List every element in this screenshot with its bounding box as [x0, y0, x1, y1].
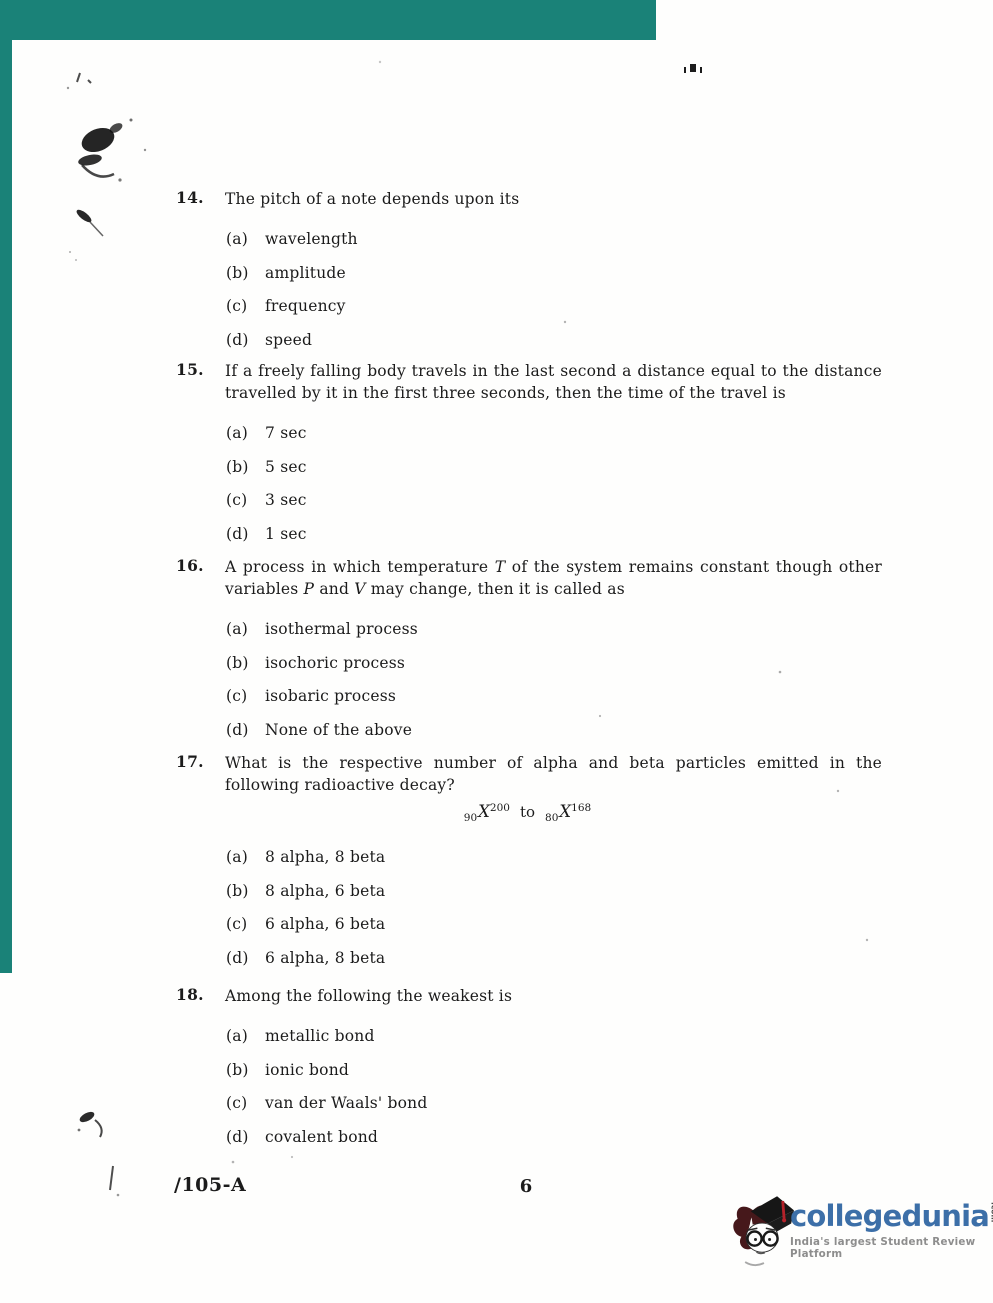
options-list: (a) 8 alpha, 8 beta (b) 8 alpha, 6 beta … [226, 848, 882, 982]
question-text: The pitch of a note depends upon its [225, 188, 882, 210]
option-label: (a) [226, 424, 265, 458]
option-text: 1 sec [265, 525, 882, 559]
option-a: (a) wavelength [226, 230, 882, 264]
question-block-15: 15. If a freely falling body travels in … [176, 360, 882, 558]
option-text: van der Waals' bond [265, 1094, 882, 1128]
option-label: (c) [226, 1094, 265, 1128]
option-text: amplitude [265, 264, 882, 298]
scan-border-left [0, 0, 12, 973]
option-c: (c) frequency [226, 297, 882, 331]
question-block-18: 18. Among the following the weakest is (… [176, 985, 882, 1161]
option-text: 6 alpha, 8 beta [265, 949, 882, 983]
option-a: (a) 7 sec [226, 424, 882, 458]
question-text: Among the following the weakest is [225, 985, 882, 1007]
option-label: (a) [226, 620, 265, 654]
option-label: (c) [226, 687, 265, 721]
question-block-16: 16. A process in which temperature T of … [176, 556, 882, 754]
option-label: (d) [226, 331, 265, 365]
option-text: frequency [265, 297, 882, 331]
scanned-exam-page: 14. The pitch of a note depends upon its… [0, 0, 993, 1303]
option-text: isochoric process [265, 654, 882, 688]
paper-code: /105-A [174, 1174, 246, 1196]
collegedunia-mascot-icon [732, 1190, 794, 1274]
option-text: speed [265, 331, 882, 365]
option-d: (d) speed [226, 331, 882, 365]
option-c: (c) isobaric process [226, 687, 882, 721]
option-label: (b) [226, 654, 265, 688]
option-text: None of the above [265, 721, 882, 755]
options-list: (a) isothermal process (b) isochoric pro… [226, 620, 882, 754]
option-a: (a) isothermal process [226, 620, 882, 654]
question-text: A process in which temperature T of the … [225, 556, 882, 600]
option-text: 7 sec [265, 424, 882, 458]
option-text: 3 sec [265, 491, 882, 525]
option-label: (d) [226, 949, 265, 983]
option-label: (d) [226, 721, 265, 755]
formula-right-symbol: X [559, 802, 571, 821]
option-b: (b) amplitude [226, 264, 882, 298]
option-text: 8 alpha, 6 beta [265, 882, 882, 916]
question-number: 18. [176, 985, 204, 1004]
option-b: (b) 8 alpha, 6 beta [226, 882, 882, 916]
question-number: 16. [176, 556, 204, 575]
question-number: 14. [176, 188, 204, 207]
option-label: (a) [226, 230, 265, 264]
option-c: (c) 3 sec [226, 491, 882, 525]
option-b: (b) ionic bond [226, 1061, 882, 1095]
option-text: 6 alpha, 6 beta [265, 915, 882, 949]
option-label: (c) [226, 297, 265, 331]
option-b: (b) isochoric process [226, 654, 882, 688]
formula-right-subscript: 80 [545, 812, 558, 824]
option-a: (a) metallic bond [226, 1027, 882, 1061]
option-d: (d) 6 alpha, 8 beta [226, 949, 882, 983]
option-d: (d) covalent bond [226, 1128, 882, 1162]
option-text: 8 alpha, 8 beta [265, 848, 882, 882]
option-label: (c) [226, 491, 265, 525]
option-c: (c) van der Waals' bond [226, 1094, 882, 1128]
option-label: (b) [226, 882, 265, 916]
formula-left-superscript: 200 [490, 802, 510, 814]
option-label: (b) [226, 1061, 265, 1095]
options-list: (a) metallic bond (b) ionic bond (c) van… [226, 1027, 882, 1161]
option-label: (a) [226, 848, 265, 882]
options-list: (a) 7 sec (b) 5 sec (c) 3 sec (d) 1 sec [226, 424, 882, 558]
option-label: (d) [226, 525, 265, 559]
formula-right-superscript: 168 [571, 802, 591, 814]
option-label: (b) [226, 458, 265, 492]
option-label: (a) [226, 1027, 265, 1061]
option-a: (a) 8 alpha, 8 beta [226, 848, 882, 882]
option-text: covalent bond [265, 1128, 882, 1162]
question-number: 15. [176, 360, 204, 379]
option-label: (d) [226, 1128, 265, 1162]
scan-border-top [0, 0, 656, 40]
question-block-14: 14. The pitch of a note depends upon its… [176, 188, 882, 364]
option-d: (d) 1 sec [226, 525, 882, 559]
option-text: isothermal process [265, 620, 882, 654]
question-text: If a freely falling body travels in the … [225, 360, 882, 404]
question-block-17: 17. What is the respective number of alp… [176, 752, 882, 982]
formula-left-subscript: 90 [464, 812, 477, 824]
option-text: isobaric process [265, 687, 882, 721]
brand-name: collegedunia [790, 1199, 989, 1233]
option-label: (c) [226, 915, 265, 949]
option-c: (c) 6 alpha, 6 beta [226, 915, 882, 949]
page-number: 6 [514, 1176, 538, 1197]
logo-text-block: collegedunia.com India's largest Student… [790, 1202, 993, 1260]
option-text: ionic bond [265, 1061, 882, 1095]
question-text: What is the respective number of alpha a… [225, 752, 882, 796]
radioactive-decay-formula: 90X200to80X168 [199, 802, 856, 832]
options-list: (a) wavelength (b) amplitude (c) frequen… [226, 230, 882, 364]
question-number: 17. [176, 752, 204, 771]
formula-left-symbol: X [478, 802, 490, 821]
option-b: (b) 5 sec [226, 458, 882, 492]
formula-connector: to [520, 803, 535, 821]
option-text: metallic bond [265, 1027, 882, 1061]
option-text: wavelength [265, 230, 882, 264]
option-d: (d) None of the above [226, 721, 882, 755]
option-label: (b) [226, 264, 265, 298]
brand-tagline: India's largest Student Review Platform [790, 1236, 993, 1260]
registration-mark-icon [684, 64, 702, 73]
option-text: 5 sec [265, 458, 882, 492]
collegedunia-logo: collegedunia.com India's largest Student… [728, 1188, 990, 1276]
